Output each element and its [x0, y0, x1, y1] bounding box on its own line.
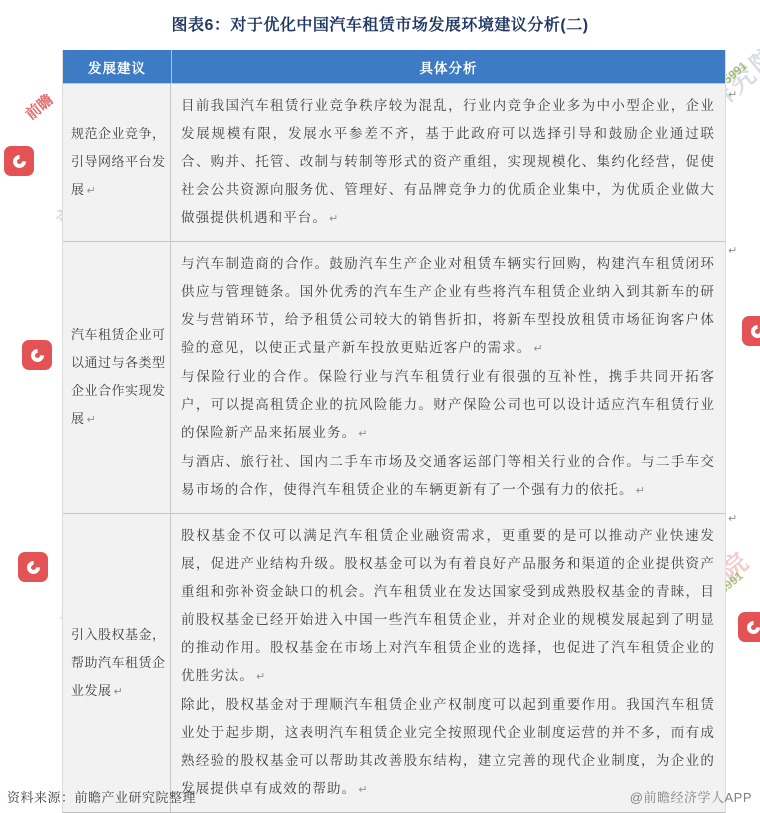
paragraph-return-mark: ↵ — [256, 671, 265, 683]
analysis-text: 股权基金不仅可以满足汽车租赁企业融资需求，更重要的是可以推动产业快速发展，促进产… — [181, 528, 715, 683]
watermark-red-logo-icon — [742, 316, 760, 346]
credit-note: @前瞻经济学人APP — [630, 787, 752, 806]
analysis-text: 与酒店、旅行社、国内二手车市场及交通客运部门等相关行业的合作。与二手车交易市场的… — [181, 454, 715, 497]
analysis-text: 除此，股权基金对于理顺汽车租赁企业产权制度可以起到重要作用。我国汽车租赁业处于起… — [181, 697, 715, 796]
analysis-paragraph: 与保险行业的合作。保险行业与汽车租赁行业有很强的互补性，携手共同开拓客户，可以提… — [181, 363, 715, 448]
analysis-cell: 与汽车制造商的合作。鼓励汽车生产企业对租赁车辆实行回购，构建汽车租赁闭环供应与管… — [171, 242, 725, 513]
watermark-red-logo-icon — [22, 340, 52, 370]
watermark-red-logo-icon — [738, 612, 760, 642]
table-row: 引入股权基金，帮助汽车租赁企业发展↵ 股权基金不仅可以满足汽车租赁企业融资需求，… — [63, 513, 725, 812]
suggestion-cell: 汽车租赁企业可以通过与各类型企业合作实现发展↵ — [63, 242, 171, 513]
paragraph-return-mark: ↵ — [358, 428, 367, 440]
row-return-mark: ↵ — [728, 88, 737, 101]
report-figure-page: 前瞻产业研究院 前瞻产业研究院 前瞻产业研究院 前瞻产业研究院 前瞻产业研究院 … — [0, 0, 760, 813]
watermark-red-logo-icon — [18, 552, 48, 582]
analysis-paragraph: 目前我国汽车租赁行业竞争秩序较为混乱，行业内竞争企业多为中小型企业，企业发展规模… — [181, 92, 715, 233]
analysis-paragraph: 与酒店、旅行社、国内二手车市场及交通客运部门等相关行业的合作。与二手车交易市场的… — [181, 448, 715, 505]
row-return-mark: ↵ — [728, 512, 737, 525]
row-return-mark: ↵ — [728, 244, 737, 257]
suggestion-text: 汽车租赁企业可以通过与各类型企业合作实现发展 — [71, 327, 166, 426]
paragraph-return-mark: ↵ — [87, 185, 96, 197]
figure-title: 图表6：对于优化中国汽车租赁市场发展环境建议分析(二) — [0, 12, 760, 35]
paragraph-return-mark: ↵ — [533, 343, 542, 355]
analysis-cell: 目前我国汽车租赁行业竞争秩序较为混乱，行业内竞争企业多为中小型企业，企业发展规模… — [171, 84, 725, 241]
watermark-red-logo-icon — [4, 146, 34, 176]
suggestion-cell: 引入股权基金，帮助汽车租赁企业发展↵ — [63, 514, 171, 812]
column-header-analysis: 具体分析 — [172, 50, 725, 83]
source-note: 资料来源：前瞻产业研究院整理 — [7, 787, 196, 806]
table-header-row: 发展建议 具体分析 — [63, 50, 725, 83]
analysis-text: 目前我国汽车租赁行业竞争秩序较为混乱，行业内竞争企业多为中小型企业，企业发展规模… — [181, 98, 715, 225]
analysis-paragraph: 股权基金不仅可以满足汽车租赁企业融资需求，更重要的是可以推动产业快速发展，促进产… — [181, 522, 715, 691]
suggestions-table: 发展建议 具体分析 规范企业竞争，引导网络平台发展↵ 目前我国汽车租赁行业竞争秩… — [62, 50, 726, 813]
paragraph-return-mark: ↵ — [87, 414, 96, 426]
suggestion-cell: 规范企业竞争，引导网络平台发展↵ — [63, 84, 171, 241]
analysis-text: 与保险行业的合作。保险行业与汽车租赁行业有很强的互补性，携手共同开拓客户，可以提… — [181, 369, 715, 440]
column-header-suggestion: 发展建议 — [63, 50, 172, 83]
analysis-text: 与汽车制造商的合作。鼓励汽车生产企业对租赁车辆实行回购，构建汽车租赁闭环供应与管… — [181, 256, 715, 355]
suggestion-text: 规范企业竞争，引导网络平台发展 — [71, 126, 166, 197]
analysis-paragraph: 与汽车制造商的合作。鼓励汽车生产企业对租赁车辆实行回购，构建汽车租赁闭环供应与管… — [181, 250, 715, 363]
table-row: 规范企业竞争，引导网络平台发展↵ 目前我国汽车租赁行业竞争秩序较为混乱，行业内竞… — [63, 83, 725, 241]
paragraph-return-mark: ↵ — [114, 686, 123, 698]
analysis-cell: 股权基金不仅可以满足汽车租赁企业融资需求，更重要的是可以推动产业快速发展，促进产… — [171, 514, 725, 812]
paragraph-return-mark: ↵ — [358, 784, 367, 796]
paragraph-return-mark: ↵ — [329, 213, 338, 225]
watermark-brand-short-red: 前瞻 — [21, 89, 57, 124]
table-row: 汽车租赁企业可以通过与各类型企业合作实现发展↵ 与汽车制造商的合作。鼓励汽车生产… — [63, 241, 725, 513]
paragraph-return-mark: ↵ — [636, 485, 645, 497]
